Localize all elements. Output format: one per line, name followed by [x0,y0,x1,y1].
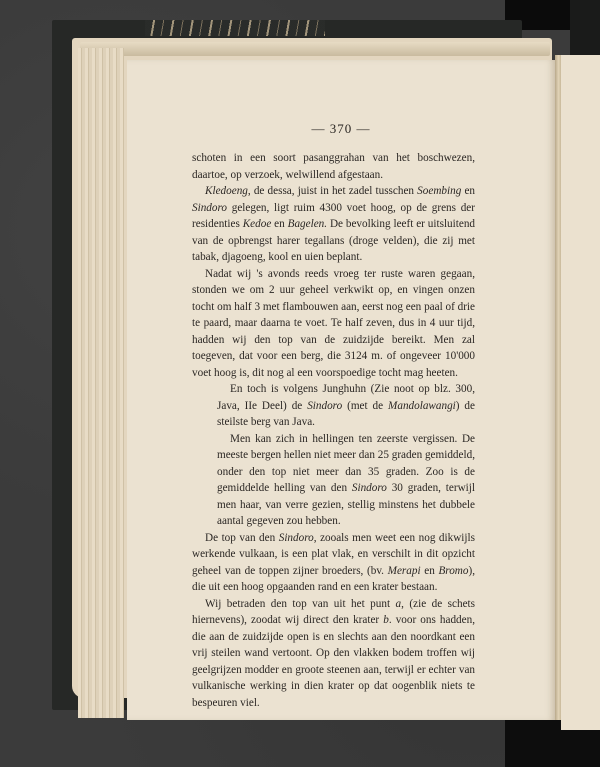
paragraph-p5: Men kan zich in hellingen ten zeerste ve… [217,431,475,530]
text-run: (met de [342,400,388,412]
italic-term: Sindoro [192,202,227,214]
page-fore-edges [78,48,124,718]
paragraph-p4: En toch is volgens Junghuhn (Zie noot op… [217,381,475,431]
paragraph-p2: Kledoeng, de dessa, juist in het zadel t… [192,183,475,266]
italic-term: Sindoro [279,532,314,544]
text-run: en [421,565,439,577]
text-run: schoten in een soort pasanggrahan van he… [192,152,475,181]
book-gutter [555,55,561,720]
text-run: Wij betraden den top van uit het punt [205,598,396,610]
italic-term: Kedoe [243,218,272,230]
paragraph-p1: schoten in een soort pasanggrahan van he… [192,150,475,183]
marbled-spine-edge [145,20,325,36]
italic-term: Bagelen. [288,218,327,230]
italic-term: Merapi [388,565,421,577]
italic-term: Sindoro [307,400,342,412]
book-page: — 370 — schoten in een soort pasanggraha… [127,60,555,720]
page-body-text: schoten in een soort pasanggrahan van he… [192,150,475,711]
italic-term: Sindoro [352,482,387,494]
paragraph-p6: De top van den Sindoro, zooals men weet … [192,530,475,596]
text-run: De top van den [205,532,279,544]
paragraph-p3: Nadat wij 's avonds reeds vroeg ter rust… [192,266,475,382]
italic-term: Soembing [417,185,461,197]
indented-block: En toch is volgens Junghuhn (Zie noot op… [192,381,475,530]
italic-term: Kledoeng [205,185,248,197]
text-run: . voor ons hadden, die aan de zuidzijde … [192,614,475,709]
text-run: en [461,185,475,197]
page-number: — 370 — [127,121,555,137]
text-run: , de dessa, juist in het zadel tusschen [248,185,417,197]
italic-term: Mandolawangi [388,400,456,412]
paragraph-p7: Wij betraden den top van uit het punt a,… [192,596,475,712]
text-run: Nadat wij 's avonds reeds vroeg ter rust… [192,268,475,379]
text-run: en [271,218,287,230]
facing-page [561,55,600,730]
page-top-edge [80,42,550,56]
italic-term: Bromo [438,565,468,577]
